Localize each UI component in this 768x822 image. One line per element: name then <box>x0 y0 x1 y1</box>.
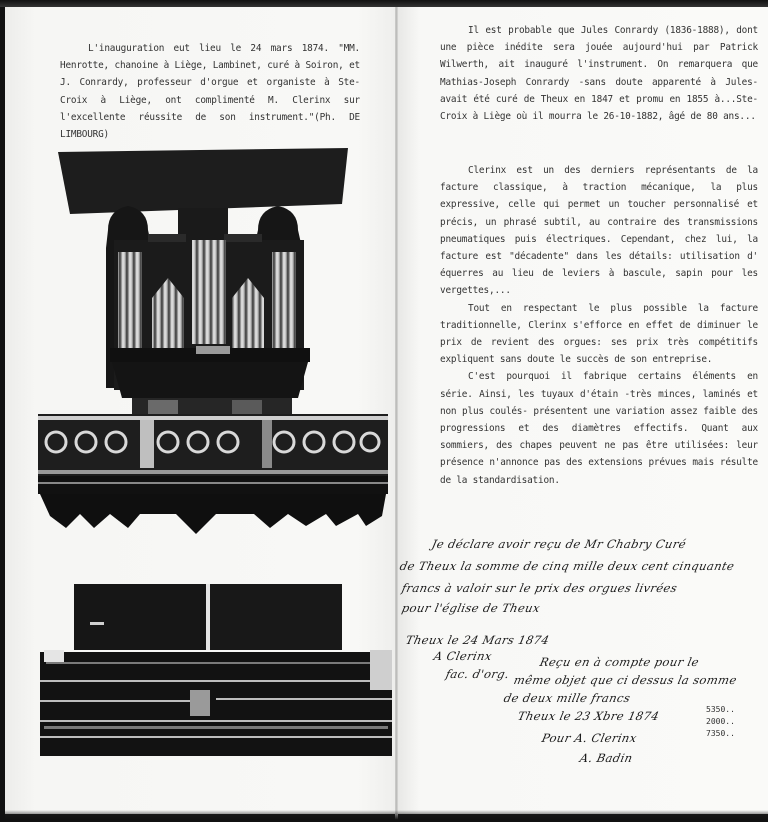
sum-value: 5350.. <box>706 704 735 716</box>
receipt-line: Reçu en à compte pour le <box>538 652 701 672</box>
clerinx-paragraphs: Clerinx est un des derniers représentant… <box>440 162 758 489</box>
receipt-signature: Pour A. Clerinx <box>540 728 639 748</box>
conrardy-paragraph: Il est probable que Jules Conrardy (1836… <box>440 22 758 125</box>
receipt-line: Je déclare avoir reçu de Mr Chabry Curé <box>430 534 688 554</box>
receipt-line: de deux mille francs <box>502 688 633 708</box>
receipt-date: Theux le 23 Xbre 1874 <box>516 706 661 726</box>
scan-edge-left <box>0 0 5 822</box>
fabrication-serie-text: C'est pourquoi il fabrique certains élém… <box>440 368 758 488</box>
receipt-line: de Theux la somme de cinq mille deux cen… <box>398 556 737 576</box>
facture-traditionnelle-text: Tout en respectant le plus possible la f… <box>440 300 758 369</box>
receipt-sums: 5350.. 2000.. 7350.. <box>706 704 735 740</box>
receipt-line: pour l'église de Theux <box>400 598 542 618</box>
conrardy-text: Il est probable que Jules Conrardy (1836… <box>440 22 758 125</box>
organ-case-photo <box>36 148 388 540</box>
receipt-signature: A. Badin <box>578 748 635 768</box>
scan-edge-top <box>0 0 768 7</box>
receipt-line: même objet que ci dessus la somme <box>512 670 739 690</box>
inauguration-text: L'inauguration eut lieu le 24 mars 1874.… <box>60 40 360 143</box>
facture-classique-text: Clerinx est un des derniers représentant… <box>440 162 758 300</box>
sum-value: 7350.. <box>706 728 735 740</box>
inauguration-paragraph: L'inauguration eut lieu le 24 mars 1874.… <box>60 40 360 143</box>
receipt-margin-note: fac. d'org. <box>444 664 511 684</box>
receipt-margin-note: A Clerinx <box>432 646 494 666</box>
sum-value: 2000.. <box>706 716 735 728</box>
receipt-line: francs à valoir sur le prix des orgues l… <box>400 578 679 598</box>
organ-console-photo <box>40 580 396 756</box>
scan-edge-bottom <box>0 810 768 822</box>
